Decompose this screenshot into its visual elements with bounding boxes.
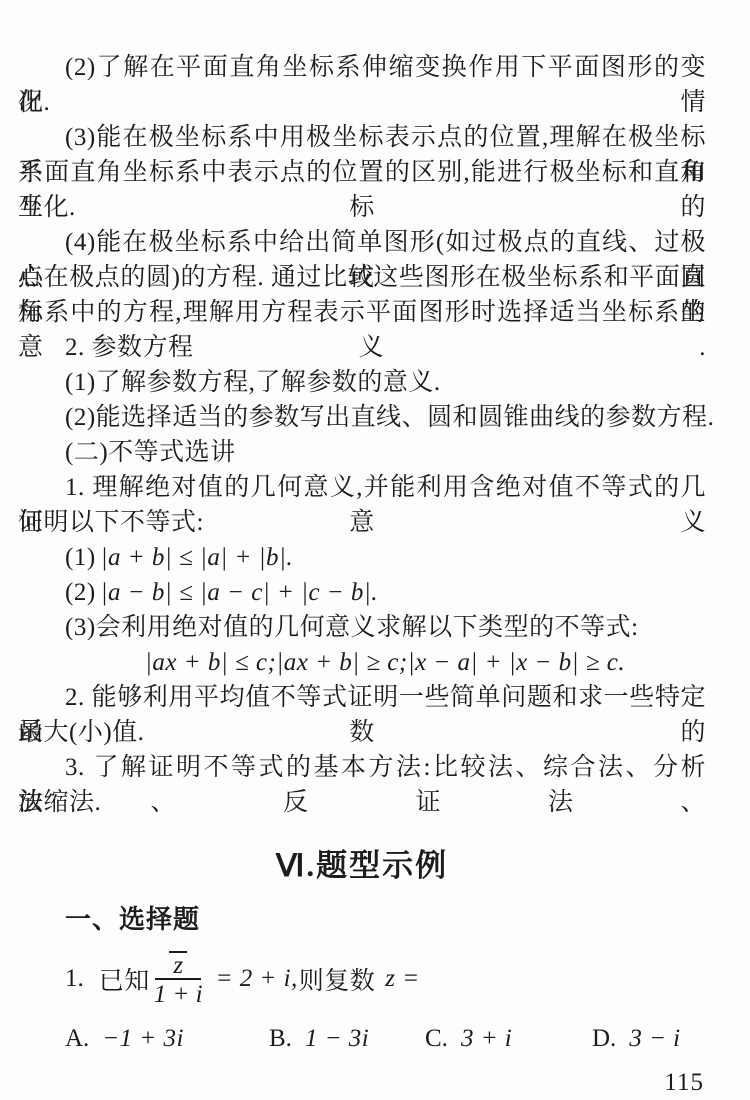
- text-line: (1)了解参数方程,了解参数的意义.: [18, 365, 706, 400]
- text-line: 心在极点的圆)的方程. 通过比较这些图形在极坐标系和平面直角坐: [18, 260, 706, 295]
- option-d-label: D.: [592, 1023, 616, 1055]
- option-c: C.3 + i: [425, 1023, 592, 1055]
- subsection-heading: 一、选择题: [18, 903, 706, 937]
- inequality-line: (2)|a − b| ≤ |a − c| + |c − b|.: [18, 575, 706, 610]
- text-line: 1. 理解绝对值的几何意义,并能利用含绝对值不等式的几何意义: [18, 470, 706, 505]
- text-line: (2)了解在平面直角坐标系伸缩变换作用下平面图形的变化情: [18, 50, 706, 85]
- question-equation: = 2 + i,: [216, 965, 298, 993]
- fraction: z 1 + i: [154, 951, 203, 1008]
- option-b-label: B.: [269, 1023, 292, 1055]
- option-b: B.1 − 3i: [269, 1023, 425, 1055]
- page-content: (2)了解在平面直角坐标系伸缩变换作用下平面图形的变化情 况. (3)能在极坐标…: [18, 50, 706, 1097]
- question-lead-text: 已知: [99, 961, 150, 997]
- text-line: 3. 了解证明不等式的基本方法:比较法、综合法、分析法、反证法、: [18, 750, 706, 785]
- inequality-line: (1)|a + b| ≤ |a| + |b|.: [18, 540, 706, 575]
- option-a-label: A.: [65, 1023, 89, 1055]
- scanned-textbook-page: (2)了解在平面直角坐标系伸缩变换作用下平面图形的变化情 况. (3)能在极坐标…: [0, 0, 750, 1100]
- inequality-line: |ax + b| ≤ c;|ax + b| ≥ c;|x − a| + |x −…: [18, 645, 706, 680]
- fraction-numerator: z: [155, 951, 201, 980]
- answer-options-row: A.−1 + 3i B.1 − 3i C.3 + i D.3 − i: [18, 1023, 706, 1055]
- z-conjugate: z: [169, 951, 187, 976]
- inequality-expression: |ax + b| ≤ c;|ax + b| ≥ c;|x − a| + |x −…: [145, 649, 625, 676]
- text-line: (4)能在极坐标系中给出简单图形(如过极点的直线、过极点或圆: [18, 225, 706, 260]
- option-d: D.3 − i: [592, 1023, 681, 1055]
- inequality-expression: |a + b| ≤ |a| + |b|.: [101, 544, 293, 571]
- question-number: 1.: [65, 965, 84, 993]
- question-tail-expression: z =: [385, 965, 419, 993]
- option-b-value: 1 − 3i: [305, 1023, 369, 1055]
- option-a: A.−1 + 3i: [65, 1023, 269, 1055]
- inequality-label: (1): [65, 544, 96, 571]
- inequality-expression: |a − b| ≤ |a − c| + |c − b|.: [101, 579, 378, 606]
- question-1: 1. 已知 z 1 + i = 2 + i, 则复数 z =: [18, 945, 706, 1013]
- text-line: 平面直角坐标系中表示点的位置的区别,能进行极坐标和直角坐标的: [18, 155, 706, 190]
- section-heading: Ⅵ.题型示例: [18, 845, 706, 887]
- text-line: (二)不等式选讲: [18, 435, 706, 470]
- option-c-label: C.: [425, 1023, 448, 1055]
- option-a-value: −1 + 3i: [102, 1023, 184, 1055]
- inequality-label: (2): [65, 579, 96, 606]
- text-line: 2. 能够利用平均值不等式证明一些简单问题和求一些特定函数的: [18, 680, 706, 715]
- question-mid-text: 则复数: [299, 961, 376, 997]
- fraction-denominator: 1 + i: [154, 980, 203, 1008]
- text-line: 标系中的方程,理解用方程表示平面图形时选择适当坐标系的意义.: [18, 295, 706, 330]
- page-number: 115: [18, 1069, 706, 1097]
- text-line: (3)会利用绝对值的几何意义求解以下类型的不等式:: [18, 610, 706, 645]
- option-c-value: 3 + i: [461, 1023, 512, 1055]
- text-line: (2)能选择适当的参数写出直线、圆和圆锥曲线的参数方程.: [18, 400, 706, 435]
- option-d-value: 3 − i: [629, 1023, 680, 1055]
- text-line: (3)能在极坐标系中用极坐标表示点的位置,理解在极坐标系和: [18, 120, 706, 155]
